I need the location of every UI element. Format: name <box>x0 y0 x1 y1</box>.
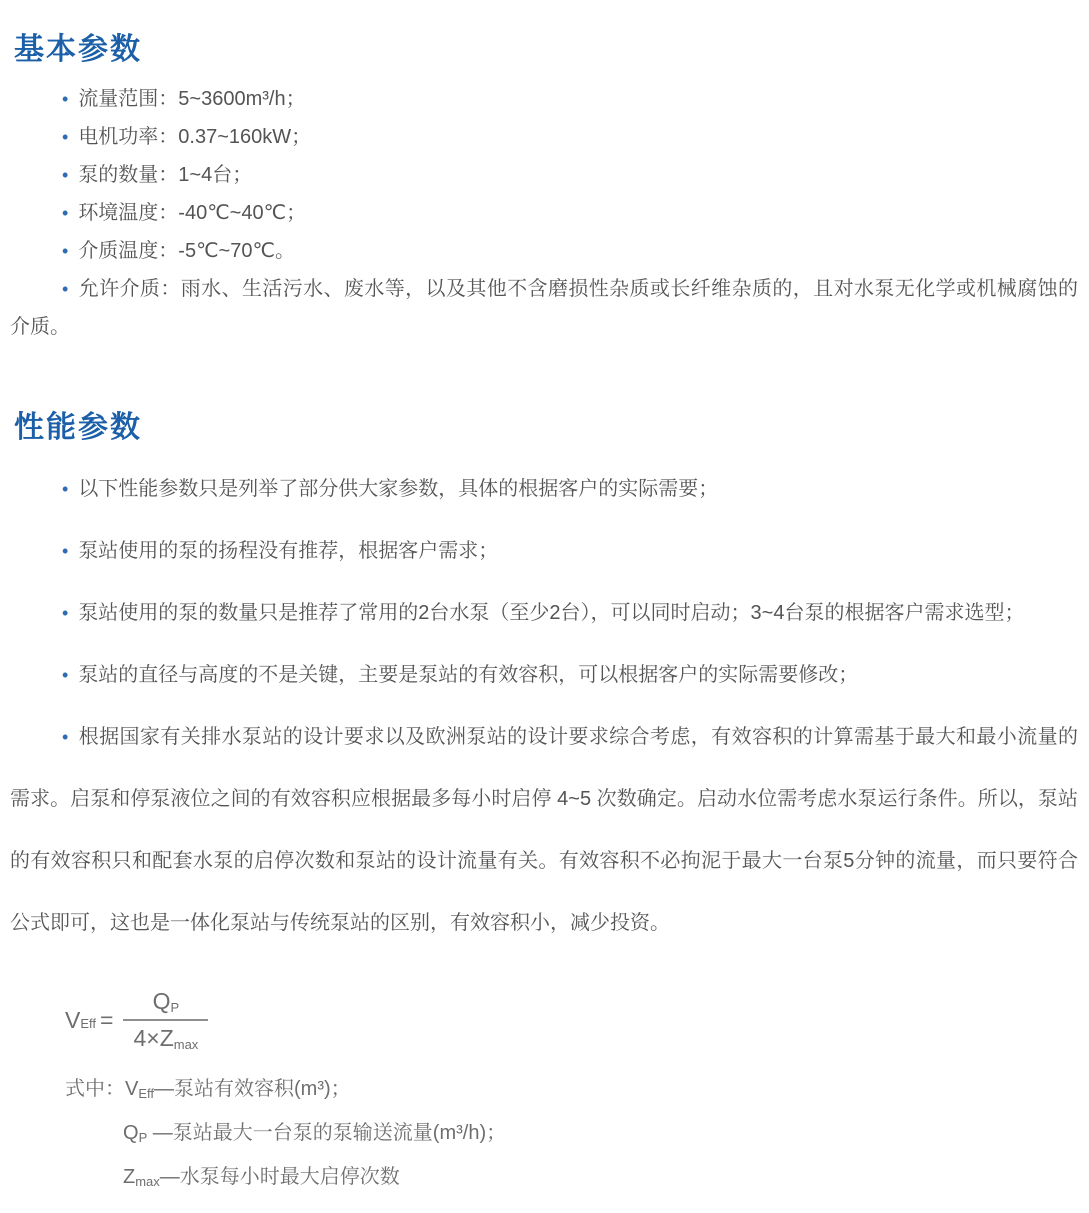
list-item-text: 介质温度：-5℃~70℃。 <box>78 240 295 262</box>
numerator-base: Q <box>153 988 171 1014</box>
formula-fraction: QP 4×Zmax <box>123 988 208 1052</box>
formula-numerator: QP <box>123 988 208 1019</box>
list-item: •流量范围：5~3600m³/h； <box>10 80 1078 118</box>
bullet-dot-icon: • <box>62 665 68 685</box>
legend-symbol-subscript: Eff <box>138 1086 154 1101</box>
document-page: 基本参数 •流量范围：5~3600m³/h； •电机功率：0.37~160kW；… <box>0 0 1089 1213</box>
legend-line: Zmax—水泵每小时最大启停次数 <box>65 1156 1078 1200</box>
effective-volume-formula: VEff= QP 4×Zmax <box>65 988 1078 1052</box>
formula-lhs-base: V <box>65 1007 80 1034</box>
bullet-dot-icon: • <box>62 89 68 109</box>
list-item: •根据国家有关排水泵站的设计要求以及欧洲泵站的设计要求综合考虑，有效容积的计算需… <box>10 706 1078 954</box>
basic-parameters-heading: 基本参数 <box>14 0 1078 68</box>
bullet-dot-icon: • <box>62 541 68 561</box>
bullet-dot-icon: • <box>62 165 68 185</box>
list-item-text: 根据国家有关排水泵站的设计要求以及欧洲泵站的设计要求综合考虑，有效容积的计算需基… <box>10 726 1078 934</box>
formula-lhs-subscript: Eff <box>80 1016 96 1031</box>
list-item: •环境温度：-40℃~40℃； <box>10 194 1078 232</box>
basic-parameters-list: •流量范围：5~3600m³/h； •电机功率：0.37~160kW； •泵的数… <box>10 80 1078 346</box>
list-item: •电机功率：0.37~160kW； <box>10 118 1078 156</box>
list-item: •泵站使用的泵的数量只是推荐了常用的2台水泵（至少2台），可以同时启动；3~4台… <box>10 582 1078 644</box>
list-item-text: 以下性能参数只是列举了部分供大家参数，具体的根据客户的实际需要； <box>78 478 718 500</box>
list-item: •以下性能参数只是列举了部分供大家参数，具体的根据客户的实际需要； <box>10 458 1078 520</box>
legend-description: —泵站有效容积(m³)； <box>154 1078 351 1100</box>
legend-symbol: V <box>125 1078 138 1100</box>
performance-parameters-heading: 性能参数 <box>14 402 1078 446</box>
list-item-text: 泵站使用的泵的扬程没有推荐，根据客户需求； <box>78 540 498 562</box>
legend-prefix: 式中： <box>65 1078 125 1100</box>
denominator-coefficient: 4× <box>133 1025 159 1051</box>
list-item-text: 流量范围：5~3600m³/h； <box>78 88 305 110</box>
equals-sign: = <box>100 1007 113 1034</box>
list-item-text: 泵的数量：1~4台； <box>78 164 252 186</box>
list-item: •介质温度：-5℃~70℃。 <box>10 232 1078 270</box>
legend-symbol-subscript: P <box>139 1130 148 1145</box>
formula-legend: 式中：VEff—泵站有效容积(m³)； QP —泵站最大一台泵的泵输送流量(m³… <box>65 1068 1078 1200</box>
legend-symbol-subscript: max <box>135 1174 160 1189</box>
legend-description: —水泵每小时最大启停次数 <box>160 1166 400 1188</box>
list-item-text: 泵站的直径与高度的不是关键，主要是泵站的有效容积，可以根据客户的实际需要修改； <box>78 664 858 686</box>
legend-symbol: Q <box>123 1122 139 1144</box>
bullet-dot-icon: • <box>62 603 68 623</box>
formula-lhs: VEff= <box>65 1007 123 1034</box>
legend-line: 式中：VEff—泵站有效容积(m³)； <box>65 1068 1078 1112</box>
denominator-base: Z <box>160 1025 174 1051</box>
legend-line: QP —泵站最大一台泵的泵输送流量(m³/h)； <box>65 1112 1078 1156</box>
list-item: •泵的数量：1~4台； <box>10 156 1078 194</box>
list-item-text: 环境温度：-40℃~40℃； <box>78 202 306 224</box>
bullet-dot-icon: • <box>62 727 68 747</box>
list-item-text: 泵站使用的泵的数量只是推荐了常用的2台水泵（至少2台），可以同时启动；3~4台泵… <box>78 602 1024 624</box>
legend-description: —泵站最大一台泵的泵输送流量(m³/h)； <box>147 1122 506 1144</box>
bullet-dot-icon: • <box>62 479 68 499</box>
formula-denominator: 4×Zmax <box>123 1019 208 1052</box>
bullet-dot-icon: • <box>62 279 68 299</box>
numerator-subscript: P <box>170 1000 179 1015</box>
list-item-text: 允许介质：雨水、生活污水、废水等，以及其他不含磨损性杂质或长纤维杂质的，且对水泵… <box>10 278 1078 338</box>
bullet-dot-icon: • <box>62 241 68 261</box>
legend-symbol: Z <box>123 1166 135 1188</box>
list-item-text: 电机功率：0.37~160kW； <box>78 126 311 148</box>
list-item: •允许介质：雨水、生活污水、废水等，以及其他不含磨损性杂质或长纤维杂质的，且对水… <box>10 270 1078 346</box>
bullet-dot-icon: • <box>62 203 68 223</box>
list-item: •泵站使用的泵的扬程没有推荐，根据客户需求； <box>10 520 1078 582</box>
bullet-dot-icon: • <box>62 127 68 147</box>
list-item: •泵站的直径与高度的不是关键，主要是泵站的有效容积，可以根据客户的实际需要修改； <box>10 644 1078 706</box>
denominator-subscript: max <box>174 1037 199 1052</box>
performance-parameters-list: •以下性能参数只是列举了部分供大家参数，具体的根据客户的实际需要； •泵站使用的… <box>10 458 1078 954</box>
